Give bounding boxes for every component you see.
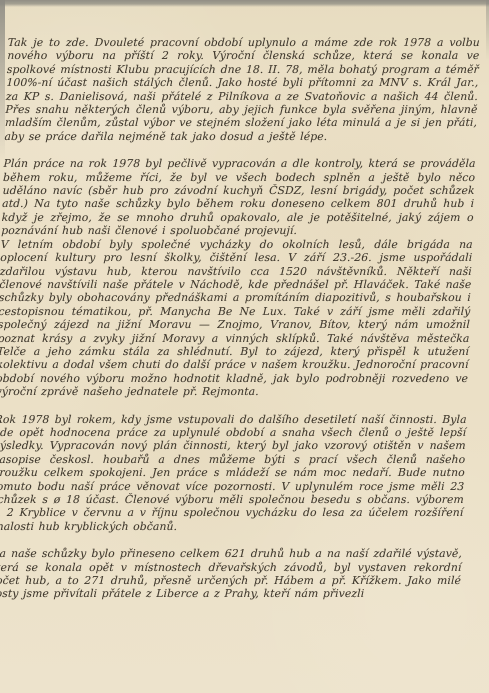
paragraph-summer-activities: V letním období byly společné vycházky d… bbox=[0, 238, 473, 399]
handwritten-text-block: Tak je to zde. Dvouleté pracovní období … bbox=[0, 36, 480, 601]
paragraph-intro-1978-meeting: Tak je to zde. Dvouleté pracovní období … bbox=[4, 36, 480, 143]
paragraph-year-1978-review: Rok 1978 byl rokem, kdy jsme vstupovali … bbox=[0, 413, 467, 534]
paragraph-work-plan: Plán práce na rok 1978 byl pečlivě vypra… bbox=[1, 157, 476, 237]
scan-edge-top bbox=[0, 0, 489, 7]
paragraph-exhibition-record: Na naše schůzky bylo přineseno celkem 62… bbox=[0, 547, 462, 601]
scanned-page: Tak je to zde. Dvouleté pracovní období … bbox=[0, 0, 489, 693]
